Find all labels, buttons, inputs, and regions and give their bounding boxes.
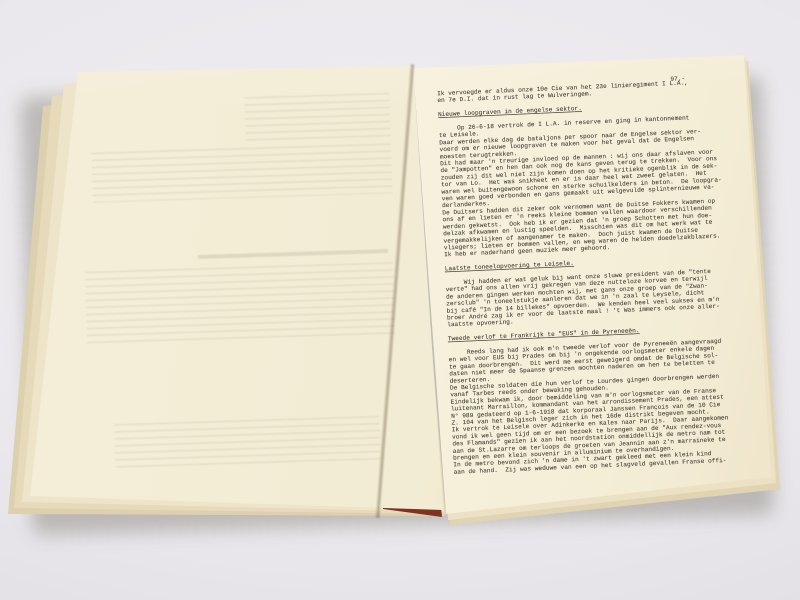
- typewritten-text: 97,- Ik vervoegde er aldus onze 10e Cie …: [437, 78, 754, 476]
- typewritten-blocks: Ik vervoegde er aldus onze 10e Cie van h…: [437, 78, 754, 476]
- ghost-text-block: [91, 143, 392, 202]
- page-number: 97,-: [670, 76, 685, 84]
- ghost-text-block: [114, 416, 380, 472]
- photo-backdrop: 97,- Ik vervoegde er aldus onze 10e Cie …: [0, 0, 800, 600]
- ghost-heading-line: [198, 249, 388, 259]
- ghost-text-block: [85, 262, 395, 344]
- ghost-text-block: [244, 93, 390, 144]
